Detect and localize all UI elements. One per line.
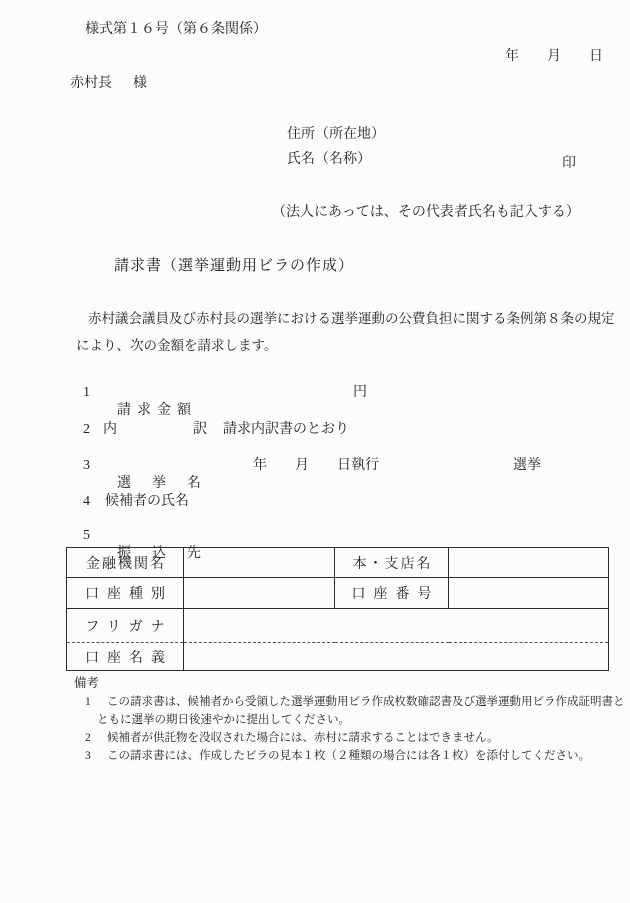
body-paragraph-line1: 赤村議会議員及び赤村長の選挙における選挙運動の公費負担に関する条例第８条の規定 [88, 311, 615, 328]
remark-3-number: 3 [85, 749, 91, 763]
item-3-label-text: 選挙名 [117, 476, 222, 491]
item-3-suffix: 選挙 [513, 457, 541, 475]
remark-3-line1: この請求書には、作成したビラの見本１枚（２種類の場合には各１枚）を添付してくださ… [107, 749, 590, 763]
item-3-number: 3 [83, 457, 90, 475]
form-number: 様式第１６号（第６条関係） [85, 21, 267, 39]
date-line: 年 月 日 [505, 48, 603, 66]
seal-mark: 印 [562, 155, 576, 173]
body-paragraph-line2: により、次の金額を請求します。 [76, 338, 277, 355]
item-2-label-a: 内 [103, 421, 117, 439]
remark-1-line2: ともに選挙の期日後速やかに提出してください。 [97, 713, 350, 727]
item-1-label-text: 請求金額 [117, 403, 197, 418]
account-number-value-cell [449, 578, 609, 609]
item-3-value: 年 月 日執行 [253, 457, 379, 475]
corporate-note: （法人にあっては、その代表者氏名も記入する） [272, 204, 580, 222]
bank-institution-label: 金融機関名 [86, 557, 166, 572]
bank-branch-label: 本・支店名 [353, 557, 433, 572]
bank-branch-value-cell [449, 548, 609, 578]
remark-1-number: 1 [85, 695, 91, 709]
account-number-label-cell: 口座番号 [335, 578, 449, 609]
item-1-unit: 円 [353, 384, 367, 402]
furigana-value-cell [184, 609, 609, 643]
item-2-label-b: 訳 [193, 421, 207, 439]
account-type-value-cell [184, 578, 335, 609]
account-holder-label-cell: 口座名義 [67, 643, 184, 671]
remarks-heading: 備考 [74, 676, 99, 692]
item-2-value: 請求内訳書のとおり [223, 421, 349, 439]
item-4-label: 候補者の氏名 [105, 493, 189, 511]
account-number-label: 口座番号 [352, 587, 440, 602]
account-type-label-cell: 口座種別 [67, 578, 184, 609]
furigana-label: フリガナ [85, 620, 172, 635]
bank-account-table: 金融機関名 本・支店名 口座種別 口座番号 フリガナ [66, 547, 609, 671]
addressee-honorific: 様 [133, 75, 147, 93]
remark-2-number: 2 [85, 731, 91, 745]
bank-institution-label-cell: 金融機関名 [67, 548, 184, 578]
document-page: 様式第１６号（第６条関係） 年 月 日 赤村長 様 住所（所在地） 氏名（名称）… [0, 0, 630, 903]
name-label: 氏名（名称） [287, 151, 371, 169]
address-label: 住所（所在地） [287, 126, 385, 144]
item-2-number: 2 [83, 421, 90, 439]
furigana-label-cell: フリガナ [67, 609, 184, 643]
document-title: 請求書（選挙運動用ビラの作成） [114, 257, 354, 276]
item-4-number: 4 [83, 493, 90, 511]
account-holder-value-cell [184, 643, 609, 671]
item-5-number: 5 [83, 527, 90, 545]
account-type-label: 口座種別 [85, 587, 173, 602]
account-holder-label: 口座名義 [85, 651, 173, 666]
remark-2-line1: 候補者が供託物を没収された場合には、赤村に請求することはできません。 [107, 731, 499, 745]
item-1-number: 1 [83, 384, 90, 402]
addressee-name: 赤村長 [70, 75, 112, 93]
bank-branch-label-cell: 本・支店名 [335, 548, 449, 578]
bank-institution-value-cell [184, 548, 335, 578]
remark-1-line1: この請求書は、候補者から受領した選挙運動用ビラ作成枚数確認書及び選挙運動用ビラ作… [107, 695, 625, 709]
